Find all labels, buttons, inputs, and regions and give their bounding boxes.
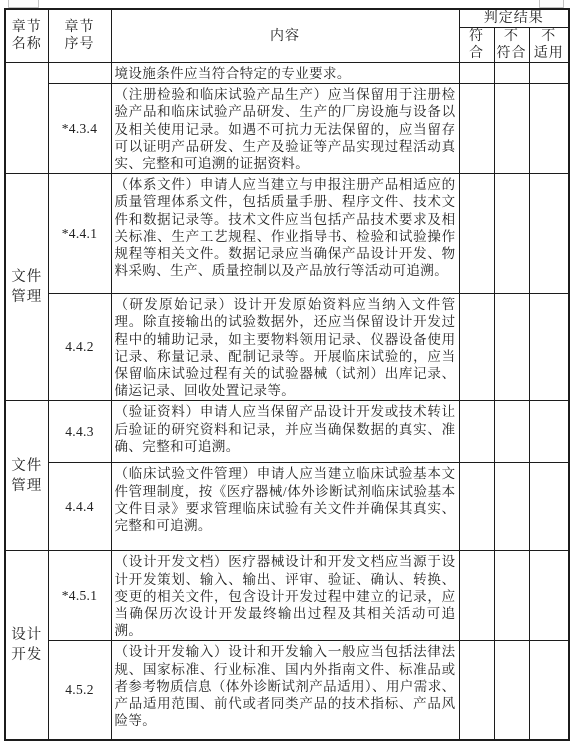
result-cell-nonconform	[494, 63, 529, 84]
table-row: 4.5.2 （设计开发输入）设计和开发输入一般应当包括法律法规、国家标准、行业标…	[5, 641, 569, 740]
content-cell: （注册检验和临床试验产品生产）应当保留用于注册检验产品和临床试验产品研发、生产的…	[111, 84, 459, 174]
result-cell-not-applicable	[529, 641, 569, 740]
group-name-cell: 文件 管理	[5, 174, 48, 401]
result-cell-nonconform	[494, 551, 529, 641]
chapter-no-cell: *4.4.1	[48, 174, 111, 294]
result-cell-conform	[459, 401, 494, 463]
result-cell-not-applicable	[529, 84, 569, 174]
content-cell: （设计开发文档）医疗器械设计和开发文档应当源于设计开发策划、输入、输出、评审、验…	[111, 551, 459, 641]
result-cell-not-applicable	[529, 401, 569, 463]
result-cell-nonconform	[494, 174, 529, 294]
chapter-no-cell: *4.5.1	[48, 551, 111, 641]
scan-artifact-top-right	[539, 0, 564, 8]
table-row: 4.4.2 （研发原始记录）设计开发原始资料应当纳入文件管理。除直接输出的试验数…	[5, 294, 569, 401]
result-cell-not-applicable	[529, 294, 569, 401]
result-cell-conform	[459, 641, 494, 740]
result-cell-nonconform	[494, 641, 529, 740]
table-row: 设计 开发 *4.5.1 （设计开发文档）医疗器械设计和开发文档应当源于设计开发…	[5, 551, 569, 641]
table-row: *4.3.4 （注册检验和临床试验产品生产）应当保留用于注册检验产品和临床试验产…	[5, 84, 569, 174]
col-header-conform: 符 合	[459, 28, 494, 63]
col-header-not-applicable: 不 适用	[529, 28, 569, 63]
col-header-nonconform: 不 符合	[494, 28, 529, 63]
chapter-no-cell: 4.4.3	[48, 401, 111, 463]
chapter-no-cell: 4.4.4	[48, 463, 111, 551]
col-header-chapter-no: 章节 序号	[48, 9, 111, 63]
result-cell-conform	[459, 294, 494, 401]
content-cell: （临床试验文件管理）申请人应当建立临床试验基本文件管理制度，按《医疗器械/体外诊…	[111, 463, 459, 551]
result-cell-conform	[459, 84, 494, 174]
conformity-checklist-table: 章节 名称 章节 序号 内容 判定结果 符 合 不 符合 不 适用 境设施条件应…	[4, 8, 570, 741]
result-cell-not-applicable	[529, 463, 569, 551]
content-cell: （设计开发输入）设计和开发输入一般应当包括法律法规、国家标准、行业标准、国内外指…	[111, 641, 459, 740]
table-row: 4.4.4 （临床试验文件管理）申请人应当建立临床试验基本文件管理制度，按《医疗…	[5, 463, 569, 551]
col-header-chapter-name: 章节 名称	[5, 9, 48, 63]
content-cell: （研发原始记录）设计开发原始资料应当纳入文件管理。除直接输出的试验数据外，还应当…	[111, 294, 459, 401]
col-header-content: 内容	[111, 9, 459, 63]
result-cell-not-applicable	[529, 551, 569, 641]
chapter-no-cell: *4.3.4	[48, 84, 111, 174]
group-name-cell	[5, 63, 48, 174]
result-cell-conform	[459, 551, 494, 641]
result-cell-nonconform	[494, 401, 529, 463]
content-cell: （体系文件）申请人应当建立与申报注册产品相适应的质量管理体系文件，包括质量手册、…	[111, 174, 459, 294]
chapter-no-cell: 4.5.2	[48, 641, 111, 740]
chapter-no-cell	[48, 63, 111, 84]
header-row-main: 章节 名称 章节 序号 内容 判定结果	[5, 9, 569, 28]
result-cell-nonconform	[494, 463, 529, 551]
group-name-cell: 文件 管理	[5, 401, 48, 551]
chapter-no-cell: 4.4.2	[48, 294, 111, 401]
document-page: 章节 名称 章节 序号 内容 判定结果 符 合 不 符合 不 适用 境设施条件应…	[0, 0, 572, 741]
result-cell-conform	[459, 174, 494, 294]
result-cell-nonconform	[494, 84, 529, 174]
content-cell: 境设施条件应当符合特定的专业要求。	[111, 63, 459, 84]
table-row: 文件 管理 4.4.3 （验证资料）申请人应当保留产品设计开发或技术转让后验证的…	[5, 401, 569, 463]
table-row: 境设施条件应当符合特定的专业要求。	[5, 63, 569, 84]
result-cell-conform	[459, 63, 494, 84]
result-cell-not-applicable	[529, 174, 569, 294]
col-header-result: 判定结果	[459, 9, 569, 28]
result-cell-nonconform	[494, 294, 529, 401]
group-name-cell: 设计 开发	[5, 551, 48, 740]
table-row: 文件 管理 *4.4.1 （体系文件）申请人应当建立与申报注册产品相适应的质量管…	[5, 174, 569, 294]
result-cell-not-applicable	[529, 63, 569, 84]
content-cell: （验证资料）申请人应当保留产品设计开发或技术转让后验证的研究资料和记录，并应当确…	[111, 401, 459, 463]
result-cell-conform	[459, 463, 494, 551]
scan-artifact-top-left	[8, 0, 39, 8]
